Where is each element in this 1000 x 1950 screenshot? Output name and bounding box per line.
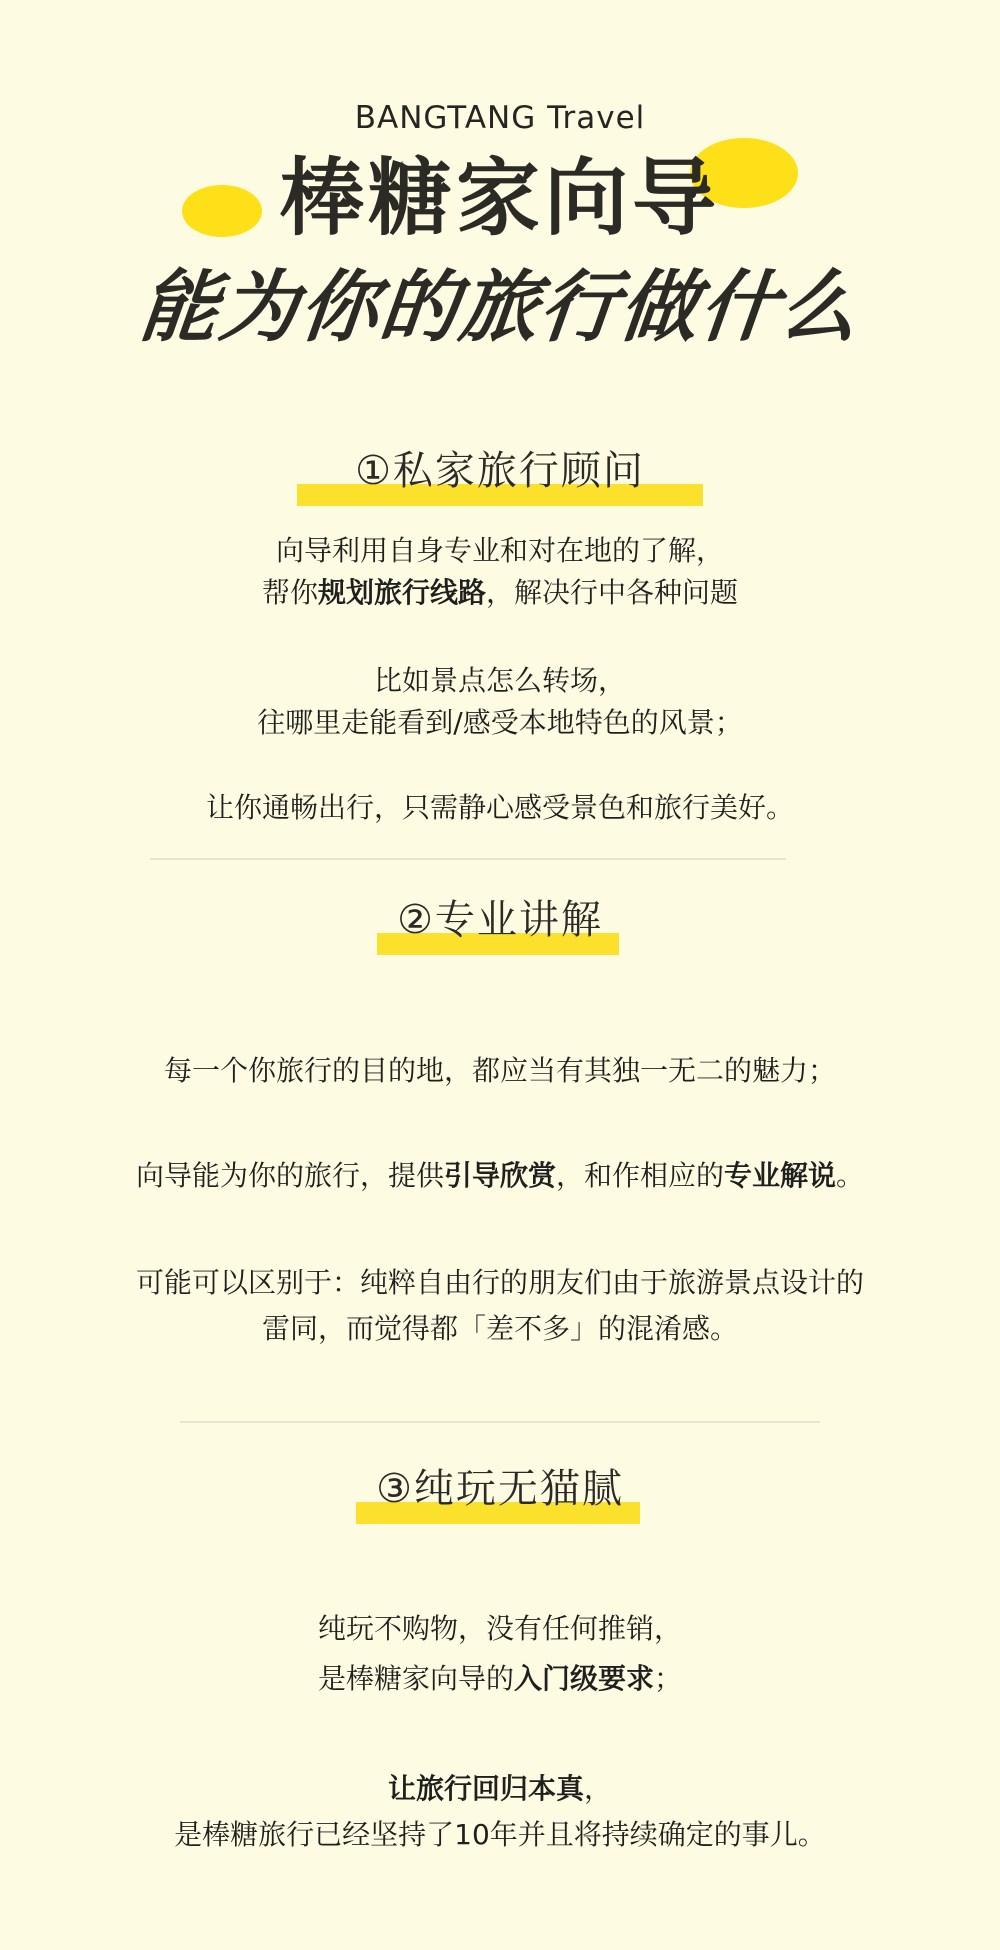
text-line: 让你通畅出行，只需静心感受景色和旅行美好。 xyxy=(0,787,1000,829)
section-1-paragraph-3: 让你通畅出行，只需静心感受景色和旅行美好。 xyxy=(0,787,1000,829)
section-heading-text: ③纯玩无猫腻 xyxy=(376,1466,624,1512)
section-heading: ③纯玩无猫腻 xyxy=(366,1462,634,1516)
page-subtitle: 能为你的旅行做什么 xyxy=(0,262,1000,354)
section-1-heading-wrap: ①私家旅行顾问 xyxy=(0,444,1000,498)
text-line: 每一个你旅行的目的地，都应当有其独一无二的魅力； xyxy=(0,1050,1000,1092)
section-heading-text: ①私家旅行顾问 xyxy=(355,448,645,494)
text-line: 帮你规划旅行线路，解决行中各种问题 xyxy=(0,572,1000,614)
text-line: 向导利用自身专业和对在地的了解， xyxy=(0,530,1000,572)
section-2-paragraph-2: 向导能为你的旅行，提供引导欣赏，和作相应的专业解说。 xyxy=(0,1155,1000,1197)
section-2-heading-wrap: ②专业讲解 xyxy=(0,893,1000,947)
divider xyxy=(150,858,786,860)
section-3-heading-wrap: ③纯玩无猫腻 xyxy=(0,1462,1000,1516)
section-heading-text: ②专业讲解 xyxy=(397,897,603,943)
divider xyxy=(180,1421,820,1423)
text-line: 雷同，而觉得都「差不多」的混淆感。 xyxy=(0,1308,1000,1350)
brand-name: BANGTANG Travel xyxy=(0,100,1000,136)
text-line: 往哪里走能看到/感受本地特色的风景； xyxy=(0,702,1000,744)
section-1-paragraph-2: 比如景点怎么转场， 往哪里走能看到/感受本地特色的风景； xyxy=(0,660,1000,744)
section-1-paragraph-1: 向导利用自身专业和对在地的了解， 帮你规划旅行线路，解决行中各种问题 xyxy=(0,530,1000,614)
section-2-paragraph-3: 可能可以区别于：纯粹自由行的朋友们由于旅游景点设计的 雷同，而觉得都「差不多」的… xyxy=(0,1262,1000,1350)
page-title: 棒糖家向导 xyxy=(0,148,1000,248)
text-line: 向导能为你的旅行，提供引导欣赏，和作相应的专业解说。 xyxy=(0,1155,1000,1197)
text-line: 是棒糖旅行已经坚持了10年并且将持续确定的事儿。 xyxy=(0,1814,1000,1856)
section-3-paragraph-2: 让旅行回归本真， 是棒糖旅行已经坚持了10年并且将持续确定的事儿。 xyxy=(0,1768,1000,1856)
text-line: 让旅行回归本真， xyxy=(0,1768,1000,1810)
section-heading: ②专业讲解 xyxy=(387,893,613,947)
section-heading: ①私家旅行顾问 xyxy=(345,444,655,498)
text-line: 可能可以区别于：纯粹自由行的朋友们由于旅游景点设计的 xyxy=(0,1262,1000,1304)
text-line: 比如景点怎么转场， xyxy=(0,660,1000,702)
text-line: 是棒糖家向导的入门级要求； xyxy=(0,1658,1000,1700)
section-3-paragraph-1: 纯玩不购物，没有任何推销， 是棒糖家向导的入门级要求； xyxy=(0,1608,1000,1700)
section-2-paragraph-1: 每一个你旅行的目的地，都应当有其独一无二的魅力； xyxy=(0,1050,1000,1092)
text-line: 纯玩不购物，没有任何推销， xyxy=(0,1608,1000,1650)
